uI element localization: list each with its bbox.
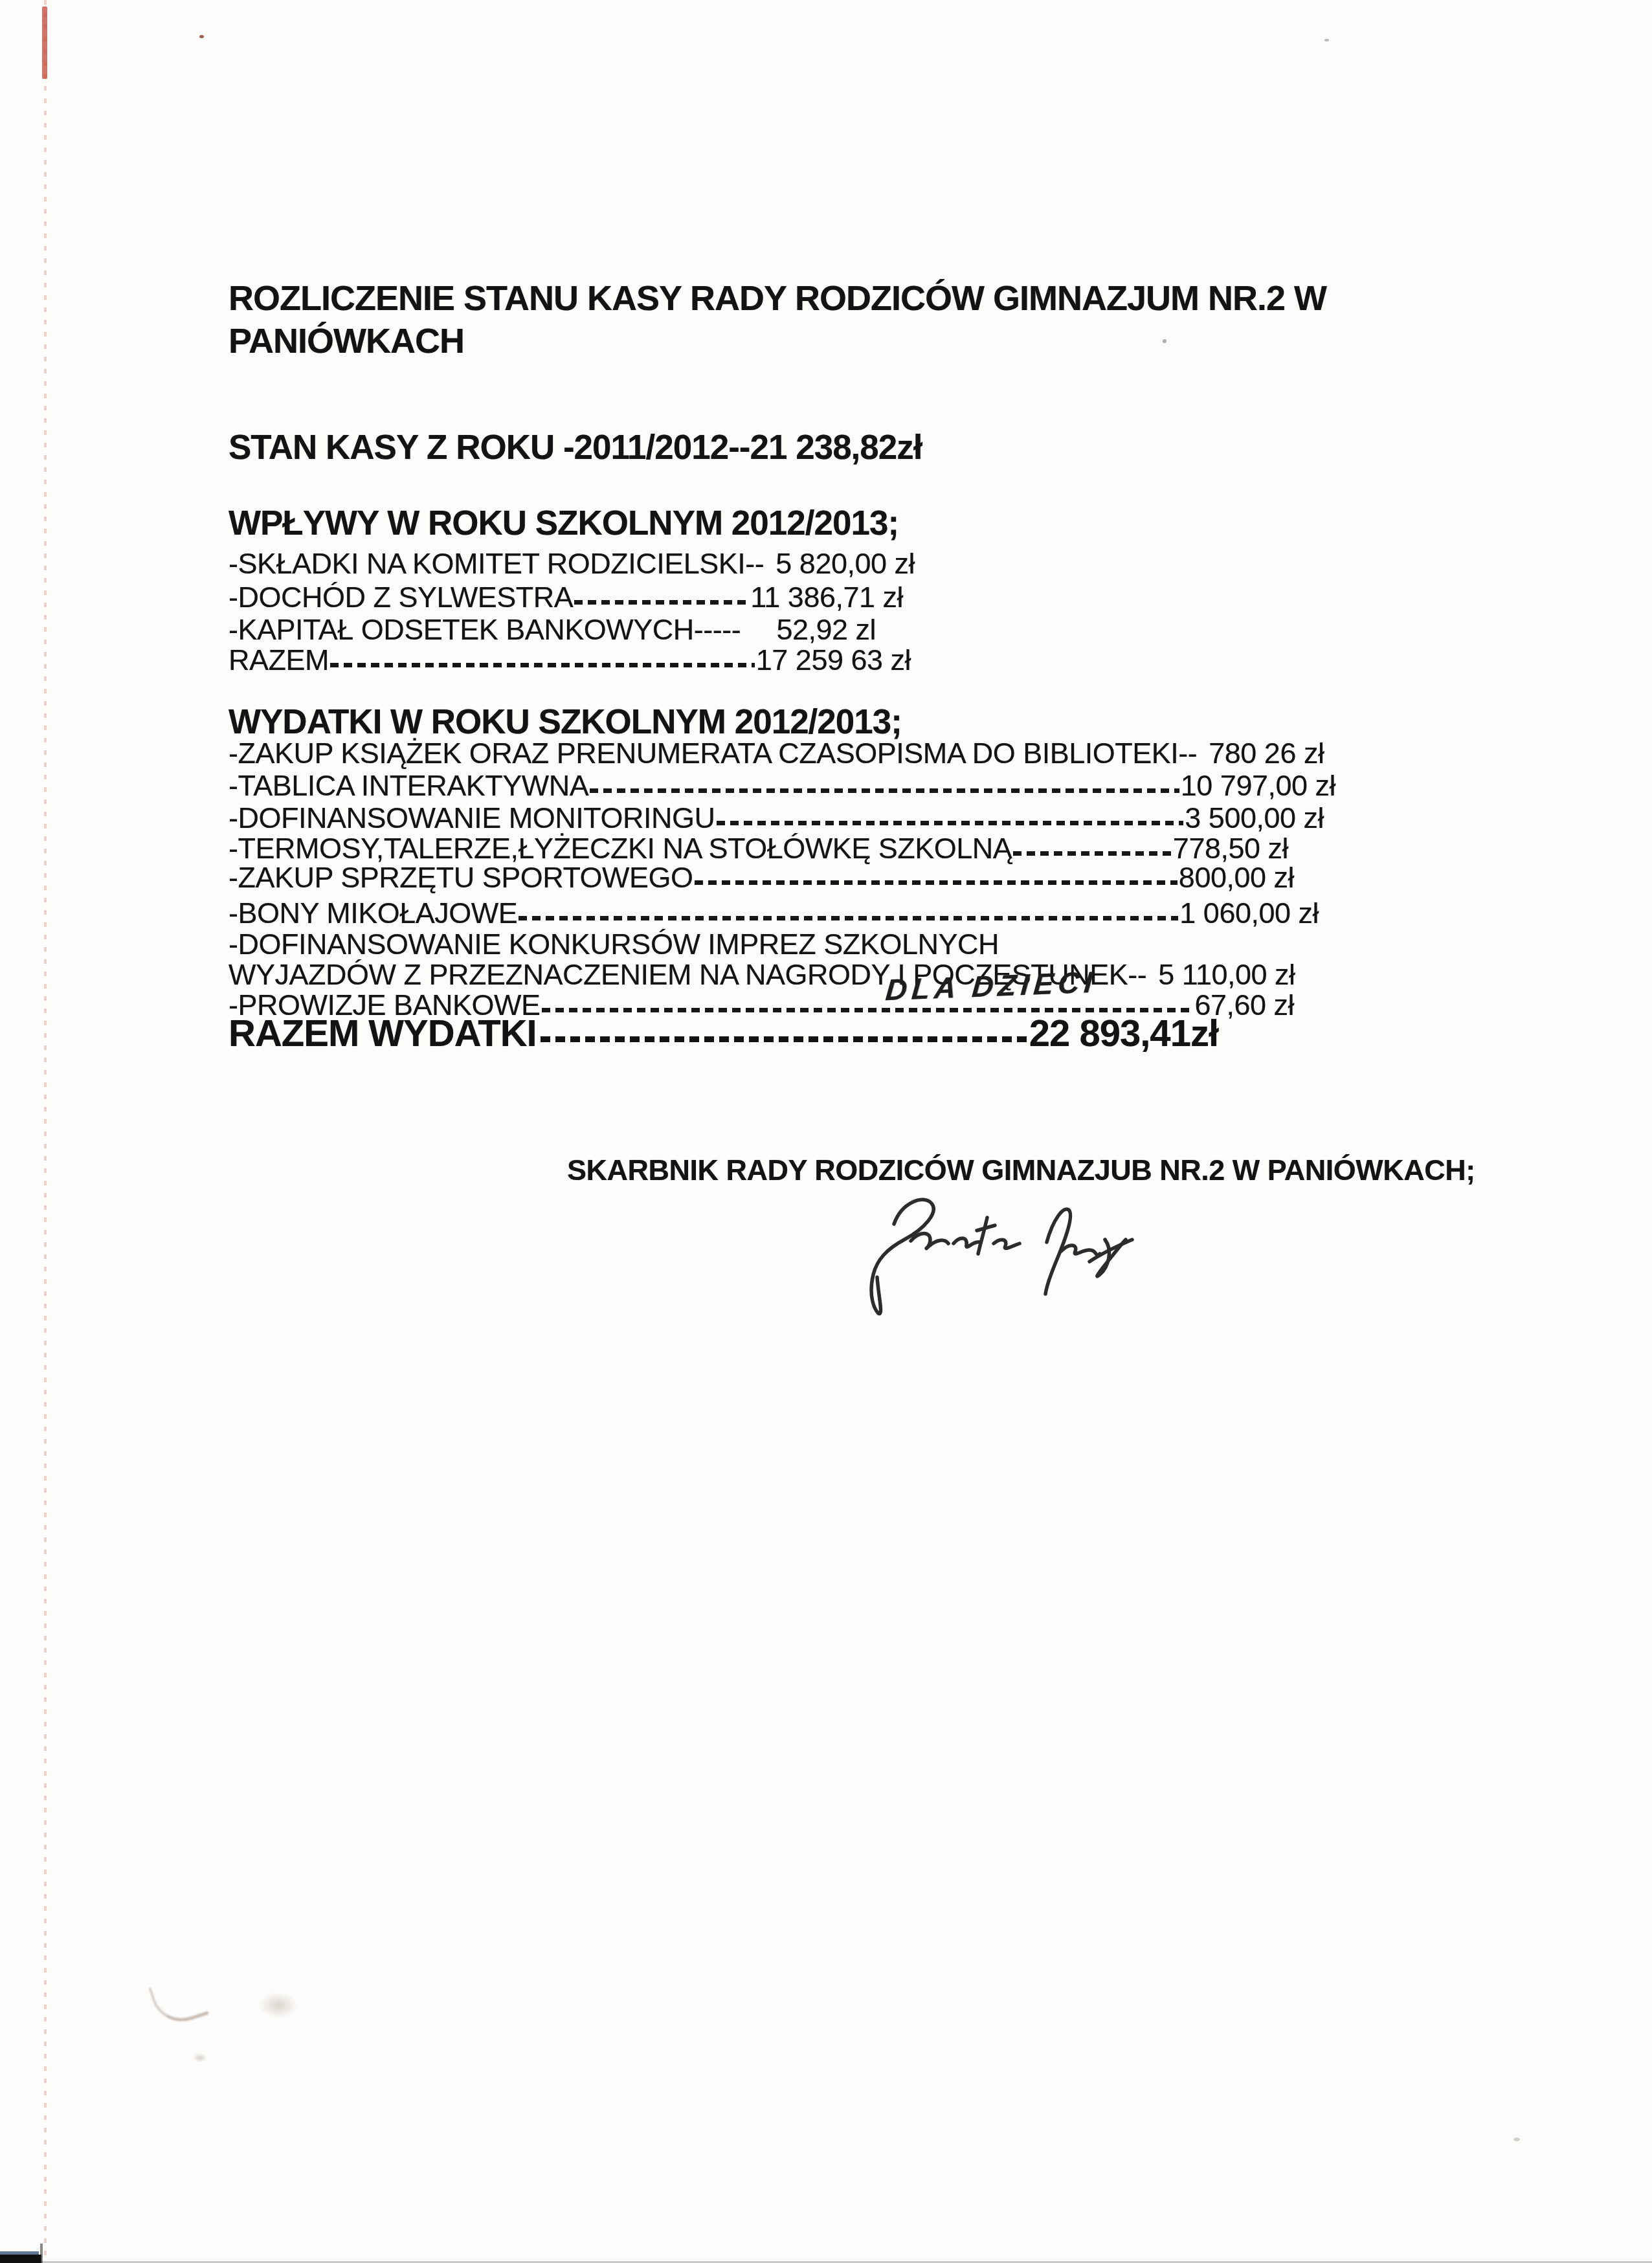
income-row-label: -DOCHÓD Z SYLWESTRA <box>229 581 573 614</box>
expense-row-value: 10 797,00 zł <box>1181 769 1335 803</box>
expense-row-label: -ZAKUP SPRZĘTU SPORTOWEGO <box>229 861 693 895</box>
income-row: -KAPITAŁ ODSETEK BANKOWYCH----- 52,92 zl <box>229 613 876 647</box>
dash-leader <box>542 1008 1194 1012</box>
expense-row: -ZAKUP SPRZĘTU SPORTOWEGO 800,00 zł <box>229 861 1294 895</box>
expenses-total-label: RAZEM WYDATKI <box>229 1012 537 1055</box>
dash-leader <box>590 788 1179 793</box>
expense-row: -DOFINANSOWANIE KONKURSÓW IMPREZ SZKOLNY… <box>229 928 999 961</box>
income-total-row: RAZEM 17 259 63 zł <box>229 643 911 677</box>
scan-artifact-corner-tick <box>40 2244 43 2263</box>
expense-row: -DOFINANSOWANIE MONITORINGU 3 500,00 zł <box>229 801 1324 835</box>
income-row-value: 11 386,71 zł <box>750 581 903 614</box>
income-row-label: -SKŁADKI NA KOMITET RODZICIELSKI-- <box>229 547 764 581</box>
income-row: -DOCHÓD Z SYLWESTRA 11 386,71 zł <box>229 581 903 614</box>
expenses-total-row: RAZEM WYDATKI 22 893,41zł <box>229 1012 1218 1055</box>
expense-row-value: 3 500,00 zł <box>1185 801 1324 835</box>
income-row: -SKŁADKI NA KOMITET RODZICIELSKI-- 5 820… <box>229 547 915 581</box>
income-row-label: -KAPITAŁ ODSETEK BANKOWYCH----- <box>229 613 741 647</box>
scan-artifact-speck <box>1324 39 1329 41</box>
dash-leader <box>519 916 1178 920</box>
expense-row-label: -DOFINANSOWANIE KONKURSÓW IMPREZ SZKOLNY… <box>229 928 999 961</box>
expense-row-label: -ZAKUP KSIĄŻEK ORAZ PRENUMERATA CZASOPIS… <box>229 737 1197 770</box>
scan-artifact-corner-black <box>0 2255 41 2263</box>
expense-row: WYJAZDÓW Z PRZEZNACZENIEM NA NAGRODY I P… <box>229 958 1295 992</box>
expense-row-value: 780 26 zł <box>1209 737 1324 770</box>
expenses-total-value: 22 893,41zł <box>1029 1012 1218 1055</box>
expense-row-label: -TABLICA INTERAKTYWNA <box>229 769 588 803</box>
expense-row: -BONY MIKOŁAJOWE 1 060,00 zł <box>229 897 1319 930</box>
document-title: ROZLICZENIE STANU KASY RADY RODZICÓW GIM… <box>229 277 1368 362</box>
opening-balance-line: STAN KASY Z ROKU -2011/2012--21 238,82zł <box>229 429 922 467</box>
expense-row-value: 800,00 zł <box>1179 861 1294 895</box>
blank-spacer <box>742 632 775 637</box>
scanned-document-page: ROZLICZENIE STANU KASY RADY RODZICÓW GIM… <box>0 0 1652 2263</box>
expense-row-value: 1 060,00 zł <box>1179 897 1319 930</box>
income-row-value: 52,92 zl <box>776 613 876 647</box>
income-total-value: 17 259 63 zł <box>756 643 911 677</box>
expense-row-label: -DOFINANSOWANIE MONITORINGU <box>229 801 715 835</box>
expenses-section-header: WYDATKI W ROKU SZKOLNYM 2012/2013; <box>229 703 902 742</box>
income-row-value: 5 820,00 zł <box>776 547 915 581</box>
expense-row-label: -BONY MIKOŁAJOWE <box>229 897 517 930</box>
income-section-header: WPŁYWY W ROKU SZKOLNYM 2012/2013; <box>229 504 899 543</box>
dash-leader <box>541 1036 1027 1042</box>
signature-handwriting <box>832 1181 1168 1317</box>
dash-leader <box>1013 851 1172 856</box>
scan-artifact-smudge <box>149 1973 209 2029</box>
scan-artifact-speck <box>199 35 204 38</box>
scan-artifact-smudge <box>193 2053 207 2062</box>
scan-artifact-red-bar <box>42 6 47 79</box>
dash-leader <box>330 663 755 667</box>
scan-artifact-red-dotted-line <box>44 0 47 2263</box>
dash-leader <box>717 821 1184 825</box>
scan-artifact-speck <box>1513 2137 1520 2141</box>
dash-leader <box>695 880 1178 885</box>
income-total-label: RAZEM <box>229 643 329 677</box>
expense-row: -ZAKUP KSIĄŻEK ORAZ PRENUMERATA CZASOPIS… <box>229 737 1324 770</box>
dash-leader <box>574 600 749 605</box>
scan-artifact-smudge <box>259 1992 298 2018</box>
expense-row: -TABLICA INTERAKTYWNA 10 797,00 zł <box>229 769 1335 803</box>
expense-row-value: 5 110,00 zł <box>1158 958 1295 992</box>
